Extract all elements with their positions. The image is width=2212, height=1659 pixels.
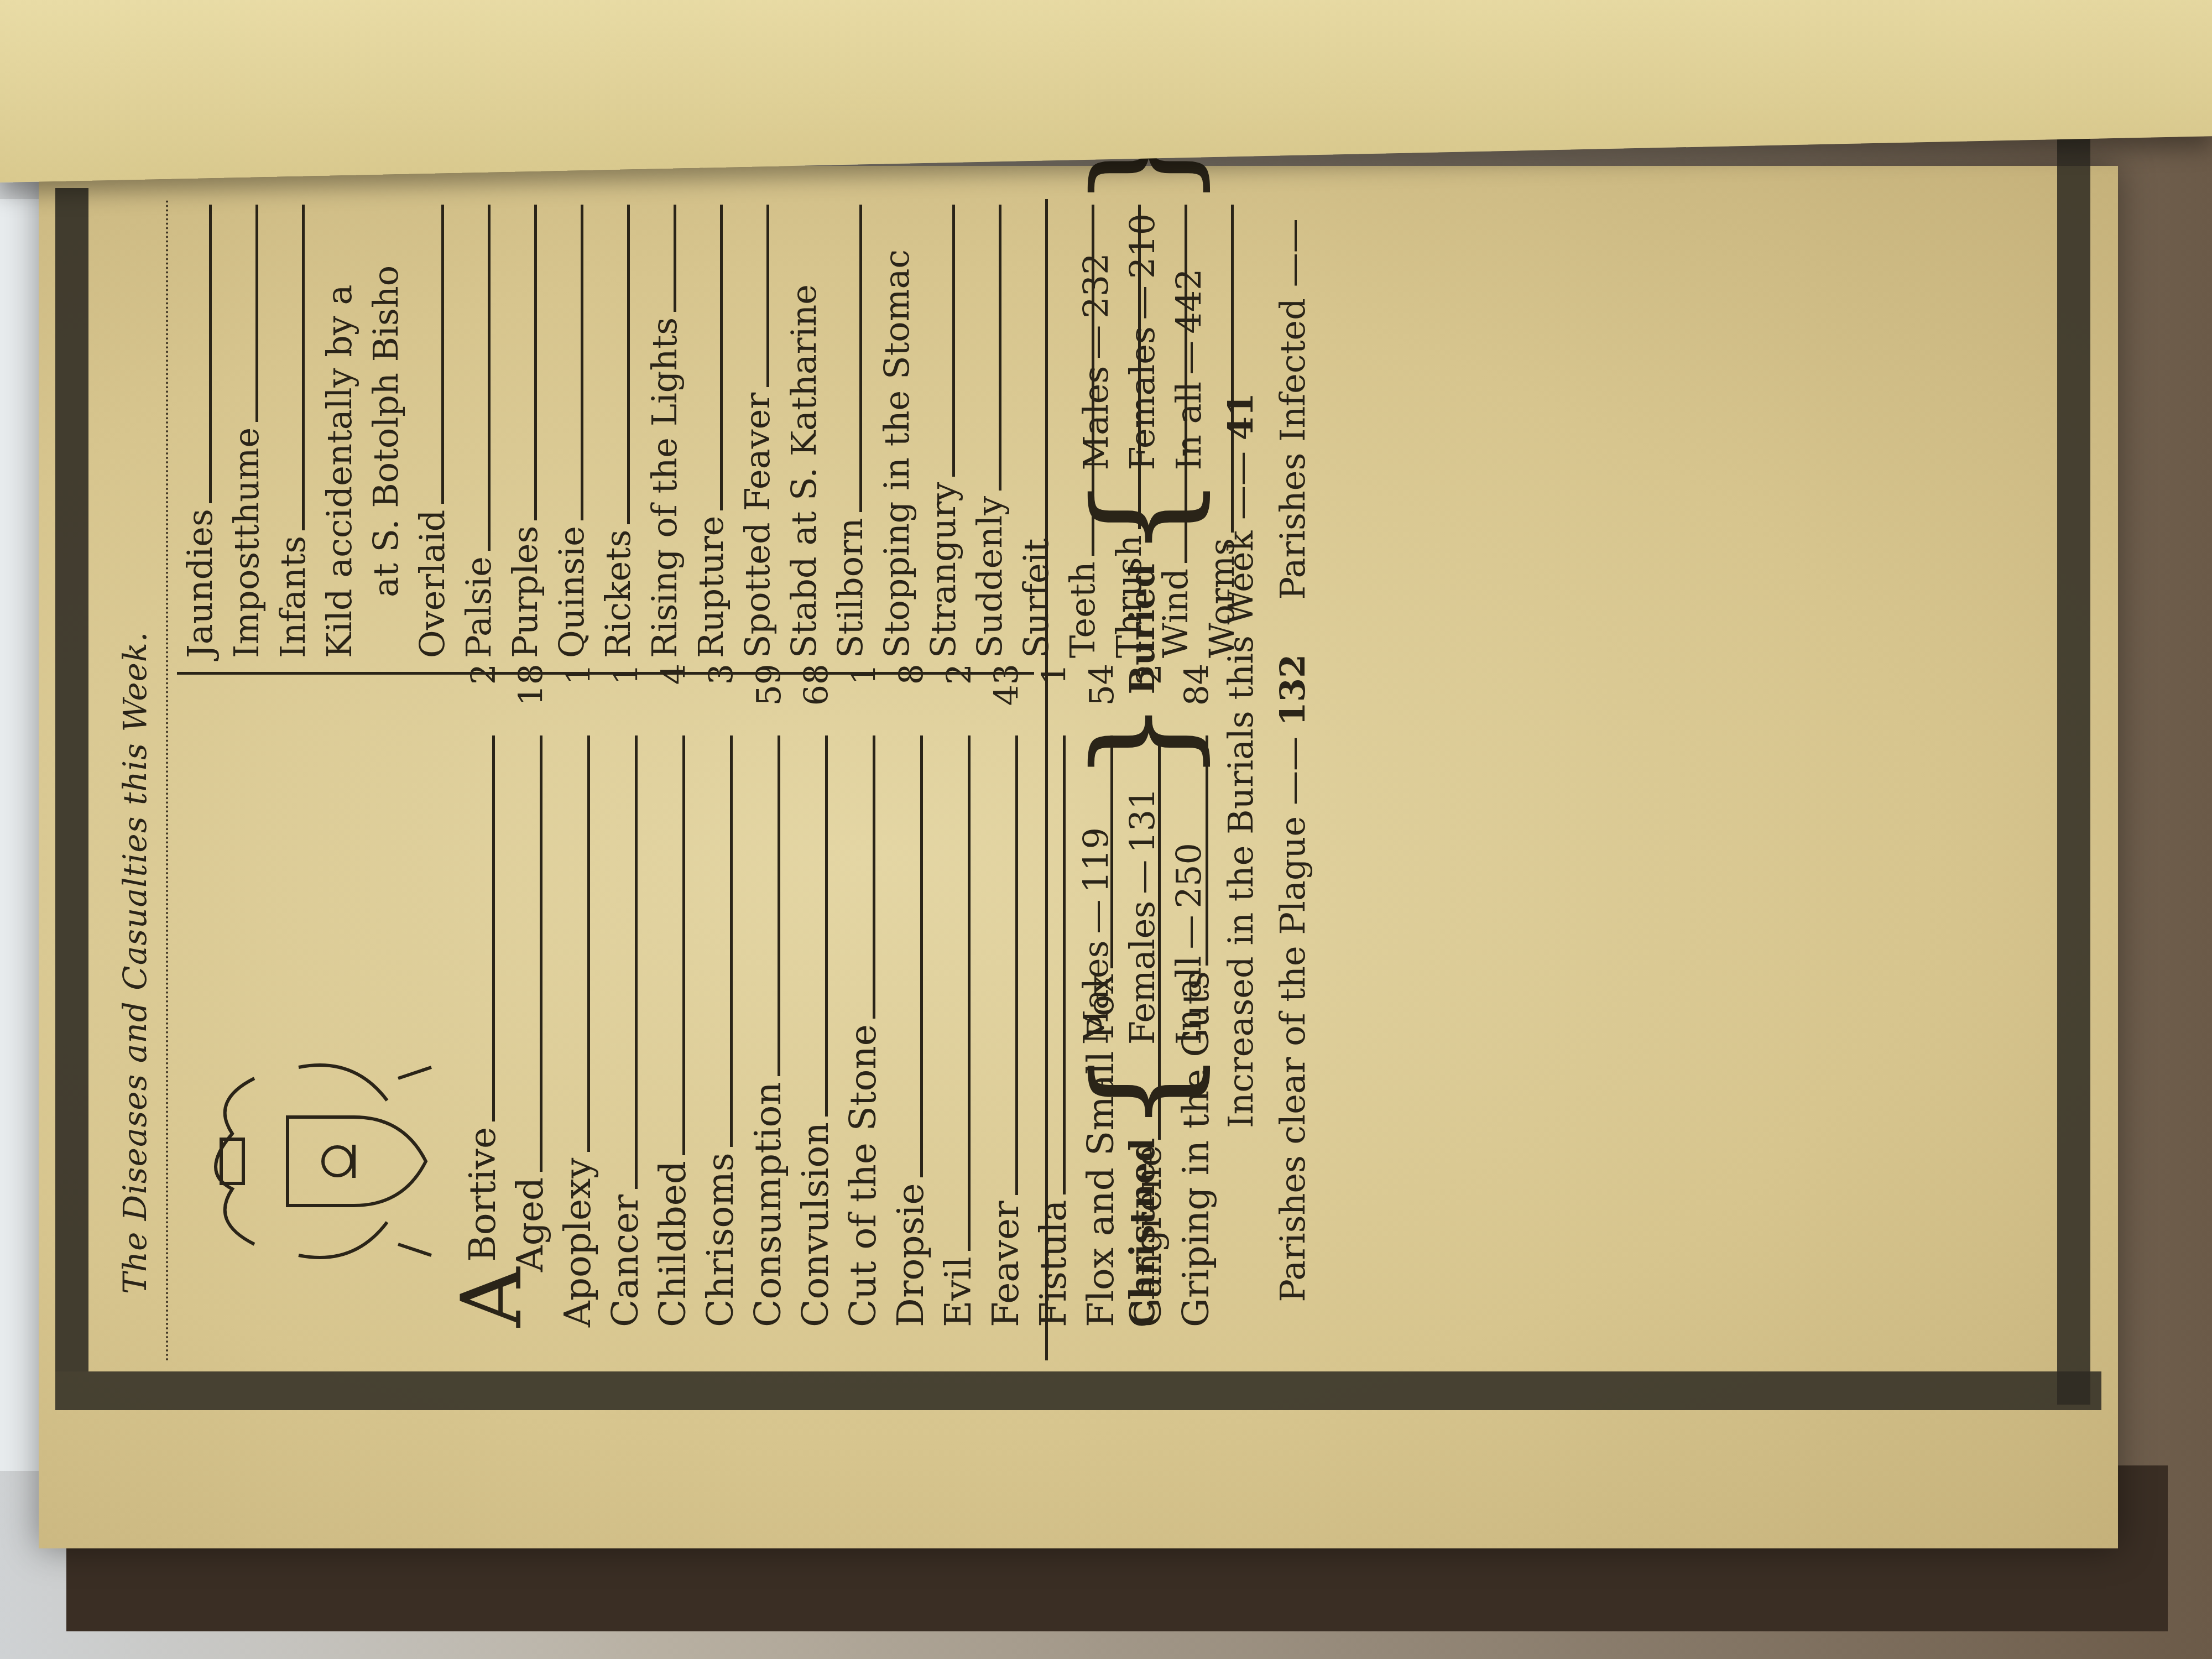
list-item: Purples (502, 199, 549, 658)
list-item: Cancer1 (602, 664, 649, 1327)
list-item: Childbed4 (649, 664, 697, 1327)
christned-males: 119 (1073, 827, 1119, 893)
list-item: Stopping in the Stomac (874, 199, 920, 658)
list-item: Rupture (688, 199, 734, 658)
page-border-bottom (2057, 122, 2090, 1405)
list-item: ABortive 2 (459, 664, 507, 1327)
list-item: Quinsie (549, 199, 595, 658)
brace-icon: { (1087, 1049, 1198, 1134)
list-item: Convulsion68 (792, 664, 839, 1327)
list-item: Apoplexy1 (554, 664, 602, 1327)
totals-section: Christned { Males—119 Females—131 In all… (1073, 194, 1316, 1327)
section-divider (1045, 199, 1048, 1360)
rotated-content: The Diseases and Casualties this Week. A… (100, 199, 2046, 1360)
list-item: Jaundies (177, 199, 223, 658)
page-border-top (55, 188, 88, 1371)
list-item: Stilborn (827, 199, 874, 658)
title-divider (166, 199, 168, 1360)
list-item: Infants (270, 199, 316, 658)
list-item: Overlaid (409, 199, 456, 658)
list-item: Feaver43 (982, 664, 1030, 1327)
list-item: Cut of the Stone1 (839, 664, 887, 1327)
list-item: Aged18 (507, 664, 554, 1327)
christned-breakdown: Males—119 Females—131 In all—250 (1073, 787, 1212, 1045)
list-item: Stabd at S. Katharine (781, 199, 827, 658)
coat-of-arms-icon (188, 1045, 448, 1277)
page-title: The Diseases and Casualties this Week. (116, 632, 154, 1294)
buried-females: 210 (1119, 213, 1166, 279)
parishes-line: Parishes clear of the Plague —— 132 Pari… (1270, 194, 1316, 1327)
document-page: The Diseases and Casualties this Week. A… (39, 166, 2118, 1548)
list-item: Spotted Feaver (734, 199, 781, 658)
list-item: Dropsie8 (887, 664, 935, 1327)
christned-buried-summary: Christned { Males—119 Females—131 In all… (1073, 194, 1212, 1327)
buried-breakdown: Males—232 Females—210 In all—442 (1073, 213, 1212, 471)
list-item: Evil2 (935, 664, 982, 1327)
list-item: Surfeit (1013, 199, 1060, 658)
list-item: Impostthume (223, 199, 270, 658)
list-item: Kild accidentally by a (316, 199, 363, 658)
list-item: at S. Botolph Bisho (363, 199, 409, 658)
page-border-left (55, 1371, 2101, 1410)
increased-burials: Increased in the Burials this Week —— 41 (1218, 194, 1264, 1327)
list-item: Palsie (456, 199, 502, 658)
buried-label: Buried (1119, 564, 1166, 695)
brace-icon: } (1087, 699, 1198, 784)
buried-males: 232 (1073, 253, 1119, 318)
list-item: Consumption59 (744, 664, 792, 1327)
christned-total: 250 (1166, 843, 1212, 908)
list-item: Strangury (920, 199, 967, 658)
christned-females: 131 (1119, 787, 1166, 853)
column-divider (177, 672, 1034, 675)
brace-icon: { (1087, 475, 1198, 560)
list-item: Chrisoms3 (697, 664, 744, 1327)
list-item: Suddenly (967, 199, 1013, 658)
list-item: Rising of the Lights (641, 199, 688, 658)
christned-label: Christned (1119, 1138, 1166, 1327)
buried-total: 442 (1166, 268, 1212, 333)
list-item: Rickets (595, 199, 641, 658)
